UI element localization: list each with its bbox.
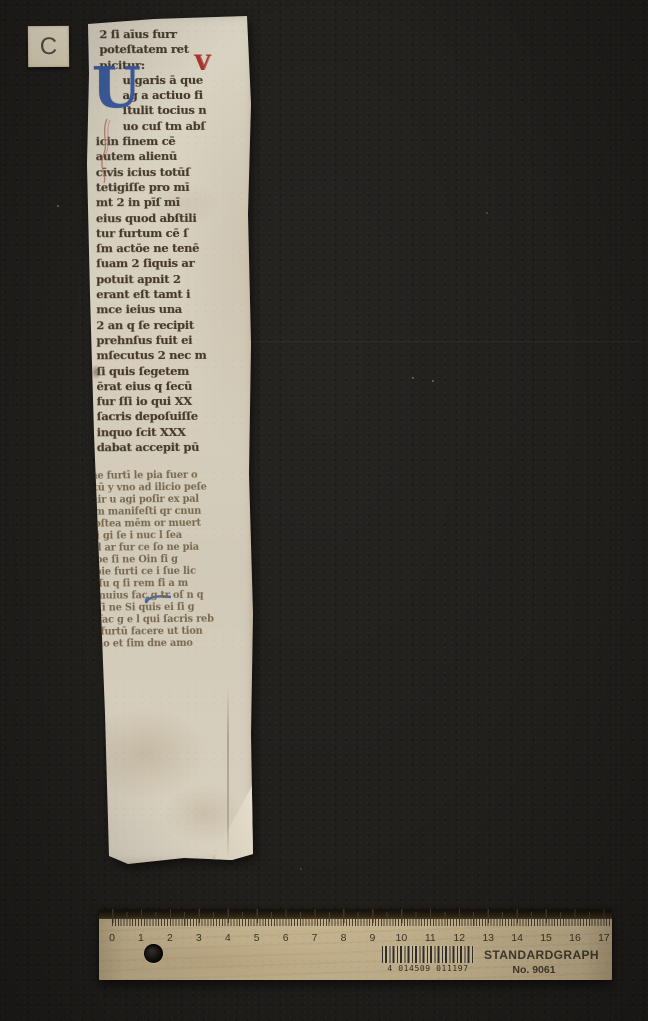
manuscript-line: icin finem cē xyxy=(96,134,248,150)
dust-speck xyxy=(432,380,434,382)
manuscript-line: eius quod abſtili xyxy=(96,210,248,226)
parchment-surface: 2 ſi aīus furrpoteſtatem retpicitur:ulga… xyxy=(84,14,256,866)
manuscript-line: potuit apnit 2 xyxy=(96,271,248,287)
ruler-cm-number: 12 xyxy=(449,932,469,944)
folded-corner xyxy=(212,784,253,860)
fold-crease xyxy=(227,686,229,858)
ruler-cm-number: 15 xyxy=(536,932,556,944)
barcode-digits: 4 014509 011197 xyxy=(382,964,474,973)
ruler-cm-ticks xyxy=(112,909,612,923)
barcode: 4 014509 011197 xyxy=(382,946,474,973)
manuscript-line: prehnſus fuit ei xyxy=(96,333,248,349)
manuscript-line: cīvis icius totūſ xyxy=(96,164,248,180)
manuscript-line: ſacris depoſuiſſe xyxy=(97,409,249,425)
manuscript-line: mſecutus 2 nec m xyxy=(96,348,248,364)
ruler-cm-number: 8 xyxy=(334,932,354,944)
manuscript-line: tur furtum cē ſ xyxy=(96,226,248,242)
manuscript-line: mt 2 in pīſ mī xyxy=(96,195,248,211)
penwork-flourish xyxy=(98,118,114,184)
ruler-cm-number: 4 xyxy=(218,932,238,944)
manuscript-line: ſi quis ſegetem xyxy=(96,363,248,379)
ruler-cm-number: 13 xyxy=(478,932,498,944)
photo-stage: C 2 ſi aīus furrpoteſtatem retpicitur:ul… xyxy=(0,0,648,1021)
manuscript-line: inquo ſcit XXX xyxy=(97,424,249,440)
manuscript-line: dabat accepit pū xyxy=(97,440,249,456)
measuring-ruler: 01234567891011121314151617 4 014509 0111… xyxy=(99,910,612,980)
manuscript-line: ag a actiuo fi xyxy=(122,88,247,104)
ruler-cm-number: 10 xyxy=(391,932,411,944)
manuscript-line: 2 an q ſe recipit xyxy=(96,317,248,333)
ruler-model-number: No. 9061 xyxy=(484,964,584,976)
manuscript-line: ērat eius q ſecū xyxy=(96,379,248,395)
specimen-label-letter: C xyxy=(40,34,58,58)
ruler-hanging-hole xyxy=(144,944,163,963)
manuscript-line: ſuam 2 ſiquis ar xyxy=(96,256,248,272)
text-block-lower: me furtī le pia fuer oetū y vno ad ilici… xyxy=(87,469,257,650)
dust-speck xyxy=(57,205,59,207)
manuscript-line: fur ſſi io qui XX xyxy=(97,394,249,410)
manuscript-line: mce ieius una xyxy=(96,302,248,318)
manuscript-line: uo cuſ tm abſ xyxy=(123,119,248,135)
background-scratch xyxy=(250,341,642,342)
manuscript-line: ſm actōe ne tenē xyxy=(96,241,248,257)
rubricated-versal: V xyxy=(194,52,210,73)
manuscript-line: ſtulit tocius n xyxy=(123,103,248,119)
ruler-cm-number: 3 xyxy=(189,932,209,944)
ruler-cm-number: 5 xyxy=(247,932,267,944)
ruler-cm-number: 1 xyxy=(131,932,151,944)
manuscript-line: t no et ſim dne amo xyxy=(89,637,257,650)
dust-speck xyxy=(300,868,302,870)
manuscript-fragment: 2 ſi aīus furrpoteſtatem retpicitur:ulga… xyxy=(84,14,256,866)
ruler-cm-number: 0 xyxy=(102,932,122,944)
ruler-cm-number: 2 xyxy=(160,932,180,944)
ruler-cm-number: 16 xyxy=(565,932,585,944)
specimen-label-card: C xyxy=(28,26,69,67)
manuscript-line: tetigiſſe pro mī xyxy=(96,180,248,196)
ruler-brand-name: STANDARDGRAPH xyxy=(484,948,584,962)
ruler-cm-number: 6 xyxy=(276,932,296,944)
ruler-cm-number: 17 xyxy=(594,932,614,944)
ruler-scale-numbers: 01234567891011121314151617 xyxy=(102,932,614,944)
ruler-cm-number: 7 xyxy=(305,932,325,944)
manuscript-line: erant eſt tamt i xyxy=(96,287,248,303)
dust-speck xyxy=(486,212,488,214)
manuscript-line: 2 ſi aīus furr xyxy=(99,27,247,43)
barcode-bars xyxy=(382,946,474,963)
ruler-cm-number: 14 xyxy=(507,932,527,944)
ruler-branding: STANDARDGRAPH No. 9061 xyxy=(484,948,584,976)
manuscript-line: ulgaris ā que xyxy=(122,73,247,89)
ruler-cm-number: 11 xyxy=(420,932,440,944)
manuscript-line: autem alienū xyxy=(96,149,248,165)
illuminated-initial: U xyxy=(92,60,141,116)
ruler-cm-number: 9 xyxy=(362,932,382,944)
dust-speck xyxy=(412,377,414,379)
